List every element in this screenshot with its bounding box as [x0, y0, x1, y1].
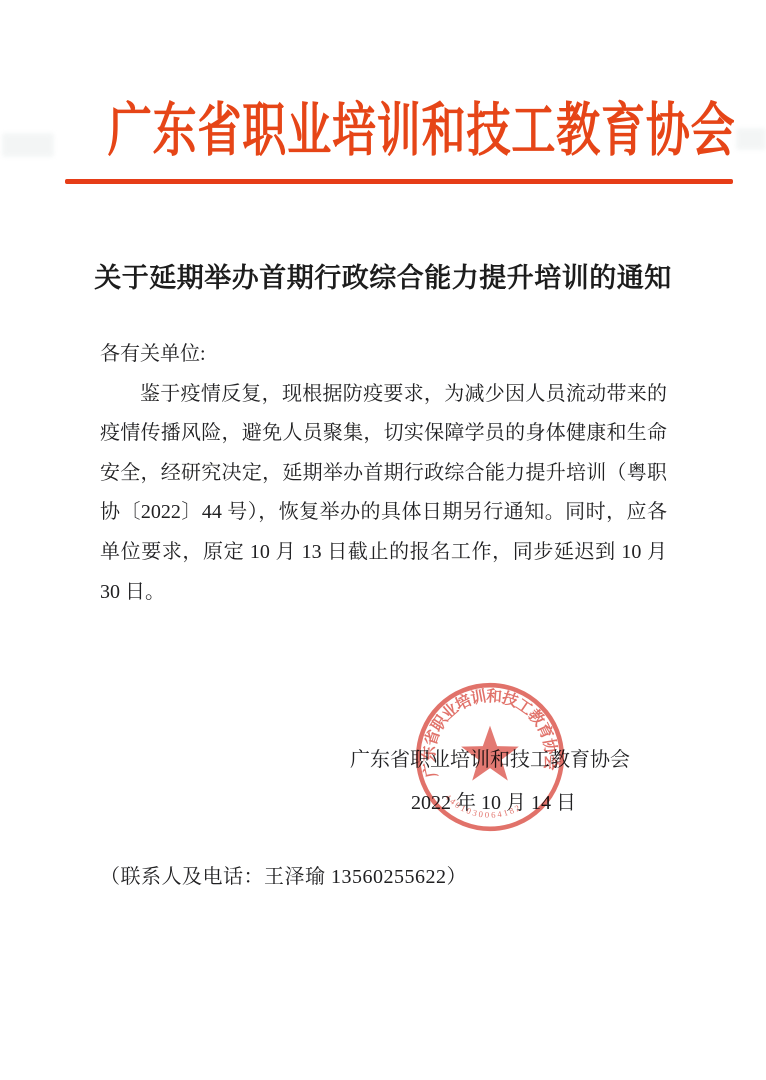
seal-star-icon [461, 726, 519, 781]
letterhead-org-name: 广东省职业培训和技工教育协会 [108, 99, 676, 163]
document-page: 广东省职业培训和技工教育协会 关于延期举办首期行政综合能力提升培训的通知 各有关… [0, 0, 766, 1080]
letterhead-divider [65, 179, 733, 184]
official-seal-icon: 广东省职业培训和技工教育协会 4401030064182 [404, 671, 576, 843]
seal-code-text: 4401030064182 [443, 792, 523, 820]
notice-body: 各有关单位: 鉴于疫情反复，现根据防疫要求，为减少因人员流动带来的疫情传播风险，… [100, 335, 667, 612]
notice-title: 关于延期举办首期行政综合能力提升培训的通知 [0, 256, 766, 295]
body-paragraph: 鉴于疫情反复，现根据防疫要求，为减少因人员流动带来的疫情传播风险，避免人员聚集，… [100, 375, 667, 613]
scan-artifact [736, 128, 766, 150]
scan-artifact [2, 133, 54, 157]
salutation: 各有关单位: [100, 335, 667, 375]
contact-line: （联系人及电话：王泽瑜 13560255622） [100, 860, 467, 889]
